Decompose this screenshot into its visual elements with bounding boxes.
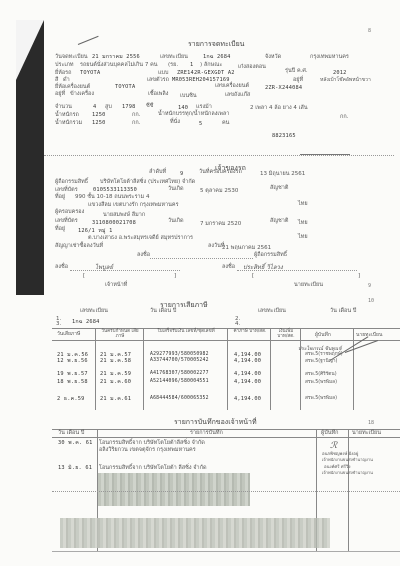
vehicle-weight: 1250	[92, 113, 106, 118]
cc-unit: ซีซี	[146, 104, 153, 110]
year: 2012	[333, 71, 347, 76]
officer-sign-line	[70, 270, 180, 271]
reg-date-label: วันจดทะเบียน	[55, 55, 88, 61]
possessor-id-label: เลขที่บัตร	[55, 219, 78, 225]
log-table-bottom	[52, 551, 400, 552]
tax-col-paid: วันเสียภาษี	[57, 332, 80, 337]
lease-date: 21 พฤษภาคม 2561	[222, 246, 271, 252]
tax-col-amount: ค่าภาษี บาท/สต.	[232, 330, 268, 335]
model: ZRE142R-GEXGDT A2	[177, 71, 235, 76]
holder-address-line2: แขวงสีลม เขตบางรัก กรุงเทพมหานคร	[88, 203, 179, 209]
possession-date: 13 มิถุนายน 2561	[260, 172, 305, 178]
lease-label: สัญญาเช่าซื้อลงวันที่	[55, 244, 103, 250]
pen-mark	[78, 36, 99, 45]
scan-binding-edge	[16, 20, 44, 295]
tax-date-header-left: วัน เดือน ปี	[150, 309, 176, 315]
rob-label: (รย.	[168, 63, 178, 69]
plate-number: 1กฉ 2684	[203, 55, 231, 60]
holder-name: บริษัทโตโยต้าลีสซิ่ง (ประเทศไทย) จำกัด	[100, 180, 195, 186]
possessor-nationality-label: สัญชาติ	[270, 219, 288, 225]
registrar-sign-label: ลงชื่อ	[222, 265, 235, 271]
holder-dob: 5 ตุลาคม 2530	[200, 189, 238, 195]
tax-table-header-bottom	[52, 340, 400, 341]
chassis-at-label: อยู่ที่	[293, 78, 303, 84]
axles-wheels: 2 เพลา 4 ล้อ ยาง 4 เส้น	[250, 106, 308, 112]
type-label: ประเภท	[55, 63, 74, 69]
possessor-dob-label: วันเกิด	[168, 219, 184, 225]
holder-address-line1: 990 ชั้น 10-18 ถนนพระราม 4	[75, 195, 150, 201]
holder-address-label: ที่อยู่	[55, 195, 65, 201]
tax-col-receipt: ใบเสร็จรับเงิน เลขที่/ชุดเลขที่	[148, 330, 224, 335]
page-number-log: 18	[368, 421, 374, 426]
log-col-date: วัน เดือน ปี	[58, 431, 84, 437]
section-divider	[44, 155, 394, 156]
possessor-address-line2: ต.บางเสาธง อ.พระสมุทรเจดีย์ สมุทรปราการ	[88, 236, 193, 242]
engine-brand: TOYOTA	[115, 85, 135, 90]
engine-no-label: เลขเครื่องยนต์	[215, 84, 249, 90]
fuel-type: เบนซิน	[180, 94, 197, 100]
vehicle-type: รถยนต์นั่งส่วนบุคคลไม่เกิน 7 คน	[80, 63, 158, 69]
gross-weight-unit: กก.	[132, 121, 140, 127]
log-col-recorder: ผู้บันทึก	[321, 431, 338, 437]
reg-date: 21 มกราคม 2556	[92, 55, 140, 60]
officer-signature: ไพบูลย์	[95, 262, 113, 272]
engine-brand-label: ยี่ห้อเครื่องยนต์	[55, 85, 90, 91]
redaction-stamp	[98, 473, 250, 506]
possessor-label: ผู้ครอบครอง	[55, 210, 84, 216]
cylinders-unit: สูบ	[105, 105, 112, 111]
redaction-stamp-bottom	[60, 518, 330, 548]
page-number-mid: 9	[368, 284, 371, 289]
serial-number: 8823165	[272, 134, 296, 139]
color-label: สี	[55, 78, 58, 84]
gross-weight: 1250	[92, 121, 106, 126]
cylinders: 4	[93, 105, 96, 110]
tax-recorder-signature: ประไพภรณ์ ชินพูนช์	[298, 345, 341, 353]
tax-col-recorder: ผู้บันทึก	[315, 333, 331, 338]
order-label: ลำดับที่	[149, 170, 166, 176]
holder-label: ผู้ถือกรรมสิทธิ์	[55, 180, 88, 186]
rob-code: 1	[190, 63, 193, 68]
tax-row-num: 3.	[56, 322, 61, 328]
color: ดำ	[63, 78, 70, 84]
tax-plate-header-left: เลขทะเบียน	[80, 309, 108, 315]
load-unit: กก.	[340, 115, 348, 121]
horsepower-label: แรงม้า	[196, 105, 212, 111]
holder-sign-label: ลงชื่อ	[137, 253, 150, 259]
engine-at-label: อยู่ที่	[55, 92, 65, 98]
holder-dob-label: วันเกิด	[168, 187, 184, 193]
load-label: น้ำหนักบรรทุก/น้ำหนักลงเพลา	[158, 112, 229, 118]
model-label: แบบ	[158, 71, 169, 77]
possessor-name: นายสมพงษ์ ลีมาก	[103, 213, 145, 219]
log-col-entry: รายการบันทึก	[190, 431, 223, 437]
province-label: จังหวัด	[265, 55, 281, 61]
registrar-signature: ประสิทธิ์ วิไลวง	[243, 262, 283, 272]
brand-label: ยี่ห้อรถ	[55, 71, 71, 77]
brand: TOYOTA	[80, 71, 100, 76]
crossed-out-text	[300, 154, 350, 155]
chassis-location: หลังเบ้าโช๊คอัพหน้าขวา	[320, 78, 371, 83]
possessor-nationality: ไทย	[298, 221, 308, 227]
seats-label: ที่นั่ง	[170, 120, 180, 126]
weight-label: น้ำหนักรถ	[55, 113, 79, 119]
plate-label: เลขทะเบียน	[160, 55, 188, 61]
tear-line	[52, 491, 400, 492]
tax-row-num: 4.	[235, 322, 240, 328]
holder-sign-line	[150, 258, 253, 259]
possessor-id: 3110800021708	[92, 221, 136, 226]
log-signer-1-role: เจ้าพนักงานขนส่งชำนาญงาน	[322, 458, 373, 462]
engine-location: ข้างเครื่อง	[70, 92, 94, 98]
possessor-address-label: ที่อยู่	[55, 227, 65, 233]
officer-log-title: รายการบันทึกของเจ้าหน้าที่	[174, 419, 257, 426]
gas-tank-label: เลขถังแก๊ส	[225, 93, 250, 99]
possession-date-label: วันที่ครอบครองรถ	[199, 170, 242, 176]
gross-weight-label: น้ำหนักรวม	[55, 121, 82, 127]
fuel-label: เชื้อเพลิง	[148, 92, 168, 98]
page-number: 8	[368, 29, 371, 34]
holder-nationality: ไทย	[298, 202, 308, 208]
holder-nationality-label: สัญชาติ	[270, 186, 288, 192]
log-col-registrar: นายทะเบียน	[352, 431, 381, 437]
possessor-dob: 7 มกราคม 2520	[200, 222, 241, 228]
year-label: รุ่นปี ค.ศ.	[285, 69, 308, 75]
chassis-label: เลขตัวรถ	[147, 78, 169, 84]
engine-cc: 1798	[122, 105, 136, 110]
log-registrar-signature: ℛ	[330, 441, 337, 451]
seats-unit: คน	[222, 121, 229, 127]
cylinders-label: จำนวน	[55, 105, 72, 111]
possessor-address-line1: 126/1 หมู่ 1	[78, 229, 113, 234]
vehicle-registration-page: 8 รายการจดทะเบียน วันจดทะเบียน 21 มกราคม…	[0, 0, 400, 566]
registration-title: รายการจดทะเบียน	[188, 41, 244, 48]
tax-date-header-right: วัน เดือน ปี	[330, 309, 356, 315]
order-number: 9	[180, 172, 183, 177]
possessor-address-nationality: ไทย	[298, 235, 308, 241]
province: กรุงเทพมหานคร	[310, 55, 349, 61]
page-number-tax: 10	[368, 299, 374, 304]
officer-caption: เจ้าหน้าที่	[105, 283, 127, 289]
holder-id: 0105533113350	[93, 188, 137, 193]
tax-plate-header-right: เลขทะเบียน	[258, 309, 286, 315]
officer-sign-label: ลงชื่อ	[55, 265, 68, 271]
seats: 5	[199, 122, 202, 127]
log-signer-2-role: เจ้าพนักงานขนส่งชำนาญงาน	[322, 471, 373, 475]
body-style: เก๋งสองตอน	[238, 65, 266, 71]
body-label: ) ลักษณะ	[200, 63, 222, 69]
holder-sign-caption: ผู้ถือกรรมสิทธิ์	[254, 253, 287, 259]
engine-number: 2ZR-X244084	[265, 86, 302, 91]
holder-id-label: เลขที่บัตร	[55, 188, 78, 194]
tax-col-due: วันครบกำหนด เสียภาษี	[98, 330, 142, 339]
tax-plate-1: 1กฉ 2684	[72, 320, 100, 325]
weight-unit: กก.	[132, 113, 140, 119]
registrar-caption: นายทะเบียน	[294, 283, 323, 289]
tax-col-extra: เงินเพิ่ม บาท/สต.	[273, 330, 299, 339]
tax-col-registrar: นายทะเบียน	[356, 333, 382, 338]
